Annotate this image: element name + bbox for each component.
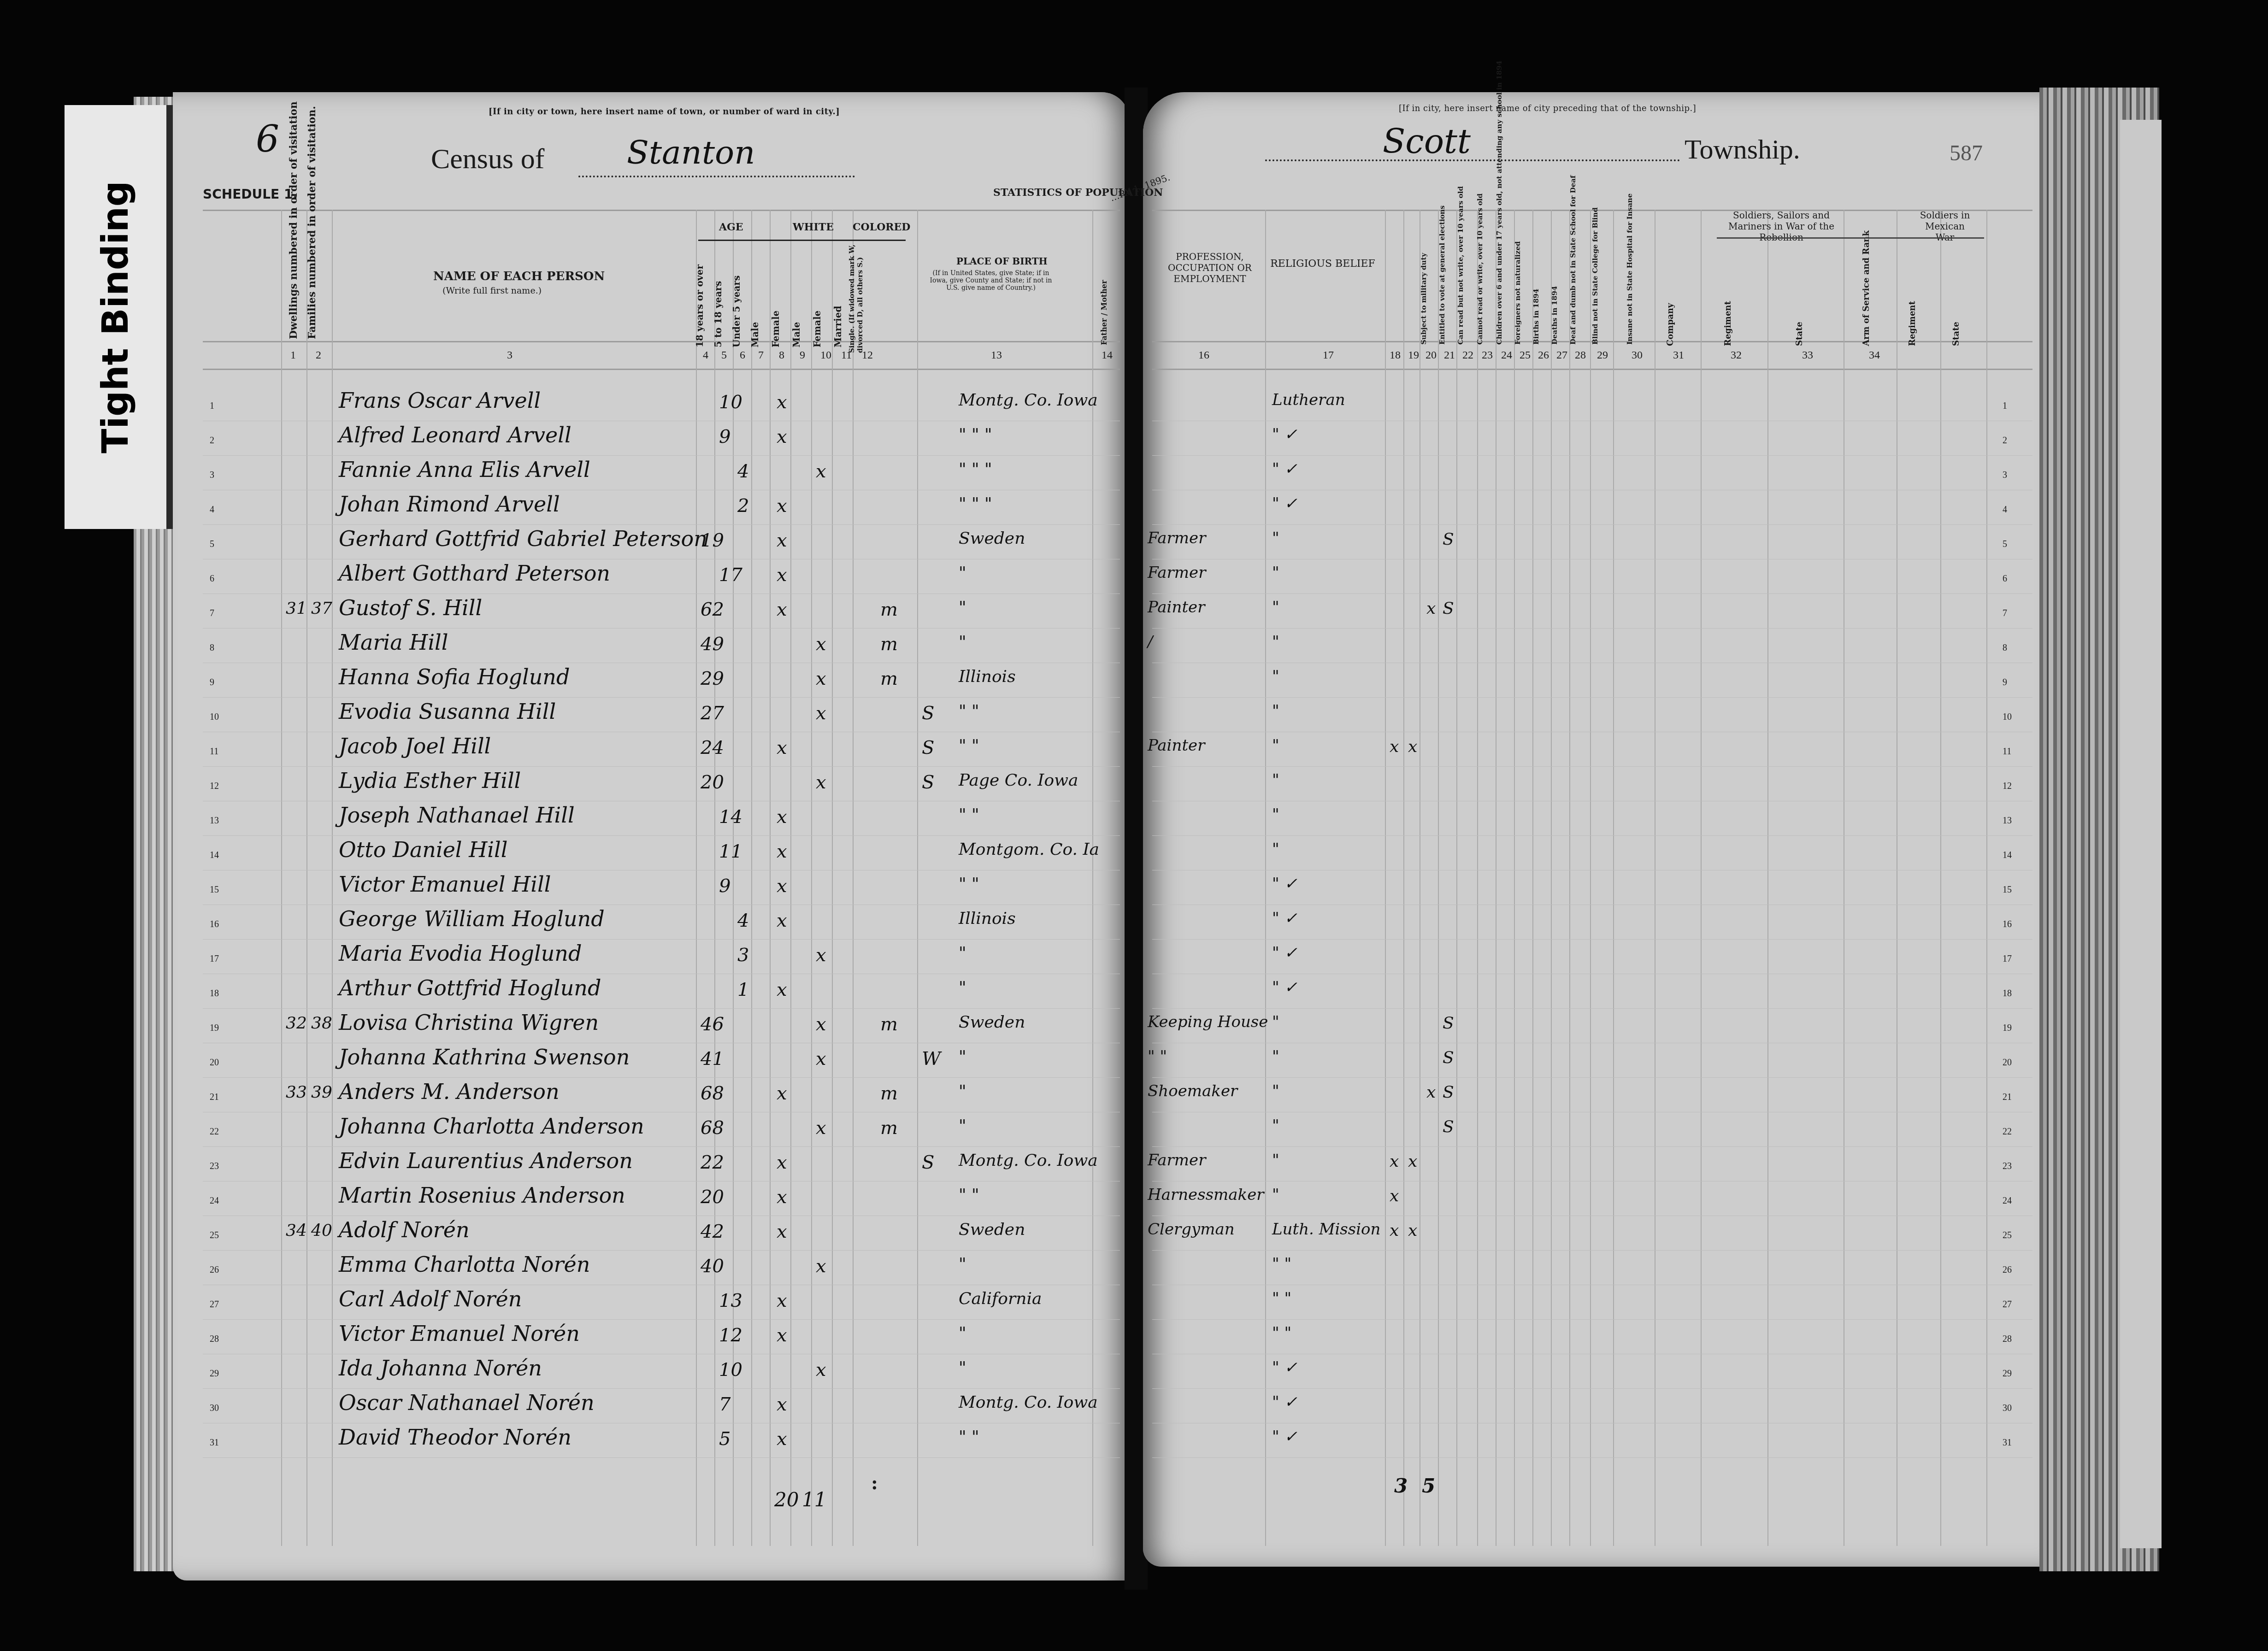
header-bottom-rule (203, 341, 1120, 342)
col34-header: State (1951, 322, 1961, 346)
person-name: Albert Gotthard Peterson (339, 561, 610, 586)
table-row: 11Jacob Joel Hill24xS" "Painter"xx11 (0, 733, 2268, 767)
col6-header: Under 5 years (731, 276, 742, 347)
table-row: 13Joseph Nathanael Hill14x" ""13 (0, 802, 2268, 836)
col29-header: Company (1666, 303, 1675, 346)
row-number-left: 19 (210, 1023, 219, 1034)
col31-header: State (1795, 322, 1804, 346)
place-of-birth: " " (959, 805, 979, 824)
col4-header: 18 years or over (694, 264, 705, 347)
col25-header: Deaths in 1894 (1550, 286, 1559, 345)
row-rule (1152, 1043, 2032, 1043)
white-male-mark: x (777, 737, 787, 758)
white-male-mark: x (777, 1325, 787, 1346)
place-of-birth: " (959, 944, 966, 963)
occupation: Shoemaker (1148, 1082, 1237, 1100)
age-5-to-18: 13 (719, 1290, 742, 1311)
age-18-plus: 27 (701, 703, 724, 724)
row-number-right: 7 (2003, 608, 2007, 619)
occupation: Farmer (1148, 1151, 1206, 1169)
white-male-mark: x (777, 806, 787, 828)
person-name: George William Hoglund (339, 906, 605, 931)
dwelling-number: 33 (286, 1083, 307, 1102)
religious-belief: " " (1272, 1255, 1291, 1273)
place-of-birth: " (959, 1116, 966, 1135)
place-of-birth: " (959, 564, 966, 582)
religious-belief: " (1272, 805, 1279, 824)
religious-belief: " ✓ (1272, 909, 1297, 928)
col13-subheader: (If in United States, give State; if in … (926, 270, 1055, 292)
row-rule (203, 801, 1120, 801)
right-column-number: 21 (1444, 349, 1455, 362)
white-female-mark: x (816, 634, 826, 655)
row-number-left: 28 (210, 1334, 219, 1345)
place-of-birth: Sweden (959, 1013, 1025, 1032)
can-read-not-write-mark: x (1426, 1083, 1436, 1102)
right-column-number: 18 (1390, 349, 1401, 362)
age-5-to-18: 7 (719, 1394, 730, 1415)
row-rule (1152, 766, 2032, 767)
row-rule (1152, 524, 2032, 525)
person-name: Arthur Gottfrid Hoglund (339, 975, 601, 1000)
age-18-plus: 22 (701, 1152, 724, 1173)
place-of-birth: Montg. Co. Iowa (959, 1393, 1098, 1412)
left-column-number: 4 (703, 349, 708, 362)
place-of-birth: " (959, 978, 966, 997)
age-5-to-18: 17 (719, 564, 742, 586)
col20-header: Can read but not write, over 10 years ol… (1456, 186, 1465, 345)
row-number-left: 12 (210, 781, 219, 792)
religious-belief: " ✓ (1272, 425, 1297, 444)
row-rule (1152, 697, 2032, 698)
total-col19: 5 (1422, 1475, 1435, 1497)
col10-header: Female (812, 311, 823, 347)
occupation: / (1148, 633, 1153, 651)
col11-header: Married (832, 306, 843, 347)
religious-belief: " (1272, 598, 1279, 617)
row-rule (1152, 1112, 2032, 1112)
table-row: 27Carl Adolf Norén13xCalifornia" "27 (0, 1286, 2268, 1320)
place-of-birth: " (959, 1082, 966, 1101)
left-column-number: 12 (862, 349, 873, 362)
age-5-to-18: 9 (719, 426, 730, 447)
age-18-plus: 41 (701, 1048, 724, 1069)
right-column-number: 28 (1575, 349, 1586, 362)
cannot-read-write-mark: S (1443, 599, 1454, 618)
age-group-header: AGE (719, 221, 743, 233)
row-rule (1152, 559, 2032, 559)
row-number-right: 31 (2003, 1438, 2012, 1448)
age-5-to-18: 10 (719, 1359, 742, 1381)
row-rule (1152, 490, 2032, 490)
religious-belief: " " (1272, 1289, 1291, 1308)
row-rule (203, 524, 1120, 525)
white-female-mark: x (816, 461, 826, 482)
table-row: 10Evodia Susanna Hill27xS" ""10 (0, 698, 2268, 733)
row-rule (1152, 1008, 2032, 1009)
white-female-mark: x (816, 772, 826, 793)
right-column-number: 31 (1673, 349, 1684, 362)
age-5-to-18: 14 (719, 806, 742, 828)
page-number: 587 (1950, 141, 1983, 166)
place-of-birth: Page Co. Iowa (959, 771, 1078, 790)
row-rule (1152, 939, 2032, 940)
religious-belief: " (1272, 1116, 1279, 1135)
place-of-birth: " " (959, 1428, 979, 1446)
place-of-birth: " (959, 1324, 966, 1343)
col22-header: Children over 6 and under 17 years old, … (1495, 61, 1503, 345)
left-column-number: 5 (721, 349, 727, 362)
col30-header: Regiment (1723, 301, 1733, 346)
person-name: Jacob Joel Hill (339, 734, 491, 758)
row-rule (1152, 421, 2032, 421)
row-rule (203, 1112, 1120, 1112)
town-instruction: [If in city or town, here insert name of… (489, 107, 840, 117)
row-number-right: 25 (2003, 1230, 2012, 1241)
place-of-birth: Montgom. Co. Ia (959, 840, 1099, 859)
dwelling-number: 32 (286, 1014, 307, 1033)
row-number-right: 15 (2003, 885, 2012, 895)
left-column-number: 7 (758, 349, 764, 362)
person-name: Emma Charlotta Norén (339, 1252, 590, 1277)
entitled-to-vote-mark: x (1408, 737, 1417, 756)
religious-belief: " (1272, 564, 1279, 582)
person-name: Fannie Anna Elis Arvell (339, 457, 590, 482)
age-under-5: 4 (737, 910, 749, 931)
white-male-mark: x (777, 564, 787, 586)
row-number-left: 4 (210, 505, 214, 515)
row-number-right: 5 (2003, 539, 2007, 550)
occupation: Harnessmaker (1148, 1186, 1264, 1204)
age-group-rule (698, 240, 906, 241)
table-row: 17Maria Evodia Hoglund3x"" ✓17 (0, 940, 2268, 975)
entitled-to-vote-mark: x (1408, 1152, 1417, 1171)
white-female-mark: x (816, 945, 826, 966)
white-male-mark: x (777, 426, 787, 447)
table-row: 22Johanna Charlotta Anderson68xm""S22 (0, 1113, 2268, 1147)
row-number-left: 1 (210, 401, 214, 411)
city-instruction: [If in city, here insert name of city pr… (1399, 104, 1696, 113)
row-number-right: 30 (2003, 1403, 2012, 1414)
row-number-left: 14 (210, 850, 219, 861)
married-mark: m (880, 1117, 898, 1139)
occupation: Keeping House (1148, 1013, 1268, 1031)
person-name: Maria Hill (339, 630, 448, 655)
row-number-right: 11 (2003, 746, 2011, 757)
col24-header: Births in 1894 (1532, 289, 1540, 345)
row-number-left: 11 (210, 746, 218, 757)
row-number-left: 26 (210, 1265, 219, 1275)
person-name: Victor Emanuel Hill (339, 872, 551, 897)
table-row: 26Emma Charlotta Norén40x"" "26 (0, 1251, 2268, 1286)
row-rule (203, 870, 1120, 870)
place-of-birth: " " " (959, 460, 992, 479)
row-rule (1152, 905, 2032, 905)
white-male-mark: x (777, 841, 787, 862)
col16-header: PROFESSION, OCCUPATION OR EMPLOYMENT (1157, 251, 1263, 284)
row-rule (1152, 1423, 2032, 1423)
single-widowed-mark: S (922, 737, 934, 758)
white-male-mark: x (777, 1428, 787, 1450)
place-of-birth: Montg. Co. Iowa (959, 1151, 1098, 1170)
age-18-plus: 49 (701, 634, 724, 655)
left-column-number: 11 (841, 349, 852, 362)
cannot-read-write-mark: S (1443, 1083, 1454, 1102)
row-rule (203, 835, 1120, 836)
white-male-mark: x (777, 1221, 787, 1242)
row-number-right: 27 (2003, 1299, 2012, 1310)
place-of-birth: " " (959, 702, 979, 721)
religious-belief: " (1272, 529, 1279, 547)
table-row: 193238Lovisa Christina Wigren46xmSwedenK… (0, 1009, 2268, 1044)
table-row: 24Martin Rosenius Anderson20x" "Harnessm… (0, 1182, 2268, 1216)
person-name: Carl Adolf Norén (339, 1287, 522, 1311)
person-name: Maria Evodia Hoglund (339, 941, 582, 966)
right-column-number-rule (1152, 369, 2032, 370)
age-18-plus: 46 (701, 1014, 724, 1035)
family-number: 40 (311, 1221, 332, 1240)
row-rule (203, 1250, 1120, 1251)
religious-belief: " (1272, 1082, 1279, 1100)
row-rule (1152, 628, 2032, 629)
row-rule (1152, 1457, 2032, 1458)
row-number-left: 22 (210, 1127, 219, 1137)
age-18-plus: 62 (701, 599, 724, 620)
person-name: Lydia Esther Hill (339, 768, 521, 793)
table-row: 16George William Hoglund4xIllinois" ✓16 (0, 905, 2268, 940)
row-rule (203, 421, 1120, 421)
row-rule (1152, 974, 2032, 974)
right-column-number: 20 (1426, 349, 1437, 362)
religious-belief: " ✓ (1272, 1358, 1297, 1377)
row-rule (1152, 1319, 2032, 1320)
total-col7: 11 (802, 1488, 826, 1511)
occupation: Painter (1148, 736, 1205, 755)
white-male-mark: x (777, 910, 787, 931)
row-rule (1152, 870, 2032, 870)
left-column-number: 8 (779, 349, 784, 362)
table-row: 28Victor Emanuel Norén12x"" "28 (0, 1320, 2268, 1355)
row-rule (203, 1423, 1120, 1423)
table-row: 15Victor Emanuel Hill9x" "" ✓15 (0, 871, 2268, 905)
row-number-left: 6 (210, 574, 214, 584)
age-5-to-18: 10 (719, 392, 742, 413)
religious-belief: " ✓ (1272, 460, 1297, 478)
white-female-mark: x (816, 1359, 826, 1381)
person-name: Lovisa Christina Wigren (339, 1010, 599, 1035)
row-number-left: 10 (210, 712, 219, 723)
row-rule (203, 1388, 1120, 1389)
dwelling-number: 31 (286, 599, 307, 618)
left-column-number: 14 (1102, 349, 1113, 362)
white-female-mark: x (816, 1048, 826, 1069)
white-male-mark: x (777, 392, 787, 413)
row-number-right: 24 (2003, 1196, 2012, 1206)
col26-header: Deaf and dumb not in State School for De… (1569, 176, 1577, 345)
col14-header: Father / Mother (1100, 280, 1108, 345)
religious-belief: " ✓ (1272, 494, 1297, 513)
row-number-left: 23 (210, 1161, 219, 1172)
place-of-birth: California (959, 1289, 1042, 1308)
white-male-mark: x (777, 1394, 787, 1415)
left-column-number: 9 (800, 349, 805, 362)
age-under-5: 4 (737, 461, 749, 482)
row-number-right: 12 (2003, 781, 2012, 792)
age-18-plus: 24 (701, 737, 724, 758)
row-number-left: 20 (210, 1058, 219, 1068)
col21-header: Cannot read or write, over 10 years old (1476, 194, 1484, 345)
row-number-right: 19 (2003, 1023, 2012, 1034)
dwelling-number: 34 (286, 1221, 307, 1240)
row-number-right: 21 (2003, 1092, 2012, 1103)
row-number-left: 24 (210, 1196, 219, 1206)
total-dots: : (871, 1472, 878, 1494)
table-row: 73137Gustof S. Hill62xm"Painter"xS7 (0, 594, 2268, 629)
row-rule (1152, 835, 2032, 836)
row-number-right: 17 (2003, 954, 2012, 964)
married-mark: m (880, 599, 898, 620)
white-female-mark: x (816, 703, 826, 724)
left-column-number: 10 (820, 349, 831, 362)
row-number-right: 4 (2003, 505, 2007, 515)
white-male-mark: x (777, 1083, 787, 1104)
row-rule (203, 905, 1120, 905)
person-name: Ida Johanna Norén (339, 1356, 542, 1381)
left-column-number: 1 (290, 349, 296, 362)
row-rule (1152, 593, 2032, 594)
col18-header: Subject to military duty (1420, 253, 1428, 345)
married-mark: m (880, 1083, 898, 1104)
place-of-birth: Illinois (959, 667, 1016, 686)
person-name: Johan Rimond Arvell (339, 492, 560, 517)
religious-belief: " (1272, 840, 1279, 858)
religious-belief: " ✓ (1272, 944, 1297, 962)
white-male-mark: x (777, 495, 787, 517)
row-rule (203, 1319, 1120, 1320)
person-name: Evodia Susanna Hill (339, 699, 556, 724)
township-value: Scott (1383, 122, 1471, 161)
religious-belief: " (1272, 667, 1279, 686)
row-number-left: 5 (210, 539, 214, 550)
age-5-to-18: 12 (719, 1325, 742, 1346)
left-column-number: 13 (991, 349, 1002, 362)
person-name: Anders M. Anderson (339, 1079, 560, 1104)
cannot-read-write-mark: S (1443, 1014, 1454, 1033)
white-male-mark: x (777, 1152, 787, 1173)
row-number-right: 6 (2003, 574, 2007, 584)
right-column-number: 17 (1323, 349, 1334, 362)
row-number-left: 18 (210, 988, 219, 999)
religious-belief: " (1272, 1047, 1279, 1066)
row-rule (203, 1216, 1120, 1216)
cannot-read-write-mark: S (1443, 1117, 1454, 1136)
table-row: 5Gerhard Gottfrid Gabriel Peterson19xSwe… (0, 525, 2268, 560)
col2-header: Families numbered in order of visitation… (306, 106, 318, 339)
white-male-mark: x (777, 530, 787, 551)
place-of-birth: Sweden (959, 529, 1025, 548)
table-row: 2Alfred Leonard Arvell9x" " "" ✓2 (0, 422, 2268, 456)
row-number-right: 26 (2003, 1265, 2012, 1275)
person-name: Frans Oscar Arvell (339, 388, 541, 413)
table-row: 4Johan Rimond Arvell2x" " "" ✓4 (0, 491, 2268, 525)
age-under-5: 2 (737, 495, 749, 517)
table-row: 8Maria Hill49xm"/"8 (0, 629, 2268, 664)
row-number-right: 10 (2003, 712, 2012, 723)
row-rule (1152, 663, 2032, 663)
row-rule (203, 1043, 1120, 1043)
white-male-mark: x (777, 1290, 787, 1311)
col27-header: Blind not in State College for Blind (1591, 207, 1599, 345)
occupation: Painter (1148, 598, 1205, 617)
religious-belief: " " (1272, 1324, 1291, 1342)
row-rule (1152, 1077, 2032, 1078)
row-rule (203, 593, 1120, 594)
white-female-mark: x (816, 668, 826, 689)
person-name: Johanna Kathrina Swenson (339, 1045, 630, 1069)
white-female-mark: x (816, 1256, 826, 1277)
row-number-right: 13 (2003, 816, 2012, 826)
person-name: Johanna Charlotta Anderson (339, 1114, 644, 1139)
row-number-right: 23 (2003, 1161, 2012, 1172)
row-rule (203, 1077, 1120, 1078)
age-18-plus: 68 (701, 1083, 724, 1104)
page-marker: 6 (256, 118, 279, 160)
column-number-rule (203, 369, 1120, 370)
col32-header: Arm of Service and Rank (1862, 230, 1871, 346)
col3-subheader: (Write full first name.) (442, 286, 542, 296)
col12-header: Single. (If widowed mark W, divorced D, … (848, 233, 864, 353)
white-male-mark: x (777, 979, 787, 1000)
religious-belief: " ✓ (1272, 1428, 1297, 1446)
person-name: Gustof S. Hill (339, 595, 482, 620)
row-number-left: 21 (210, 1092, 219, 1103)
occupation: Farmer (1148, 529, 1206, 547)
table-row: 1Frans Oscar Arvell10xMontg. Co. IowaLut… (0, 387, 2268, 422)
person-name: Gerhard Gottfrid Gabriel Peterson (339, 526, 707, 551)
table-row: 18Arthur Gottfrid Hoglund1x"" ✓18 (0, 975, 2268, 1009)
entitled-to-vote-mark: x (1408, 1221, 1417, 1240)
col5-header: 5 to 18 years (713, 281, 724, 347)
header-top-rule (203, 210, 1120, 211)
single-widowed-mark: S (922, 772, 934, 793)
person-name: Adolf Norén (339, 1217, 470, 1242)
row-number-left: 30 (210, 1403, 219, 1414)
right-column-number: 25 (1520, 349, 1531, 362)
col17-header: RELIGIOUS BELIEF (1263, 258, 1383, 270)
married-mark: m (880, 634, 898, 655)
row-number-right: 20 (2003, 1058, 2012, 1068)
row-rule (1152, 1181, 2032, 1181)
right-column-number: 19 (1408, 349, 1419, 362)
col8-header: Female (770, 311, 781, 347)
age-under-5: 3 (737, 945, 749, 966)
white-male-mark: x (777, 875, 787, 897)
place-of-birth: Sweden (959, 1220, 1025, 1239)
married-mark: m (880, 668, 898, 689)
place-of-birth: " " (959, 736, 979, 755)
row-rule (203, 559, 1120, 559)
right-column-number: 26 (1538, 349, 1549, 362)
religious-belief: " (1272, 1186, 1279, 1204)
table-row: 253440Adolf Norén42xSwedenClergymanLuth.… (0, 1216, 2268, 1251)
left-column-number: 2 (316, 349, 321, 362)
place-of-birth: " (959, 1358, 966, 1377)
row-rule (1152, 1250, 2032, 1251)
occupation: Farmer (1148, 564, 1206, 582)
military-duty-mark: x (1390, 1152, 1399, 1171)
family-number: 38 (311, 1014, 332, 1033)
age-5-to-18: 9 (719, 875, 730, 897)
